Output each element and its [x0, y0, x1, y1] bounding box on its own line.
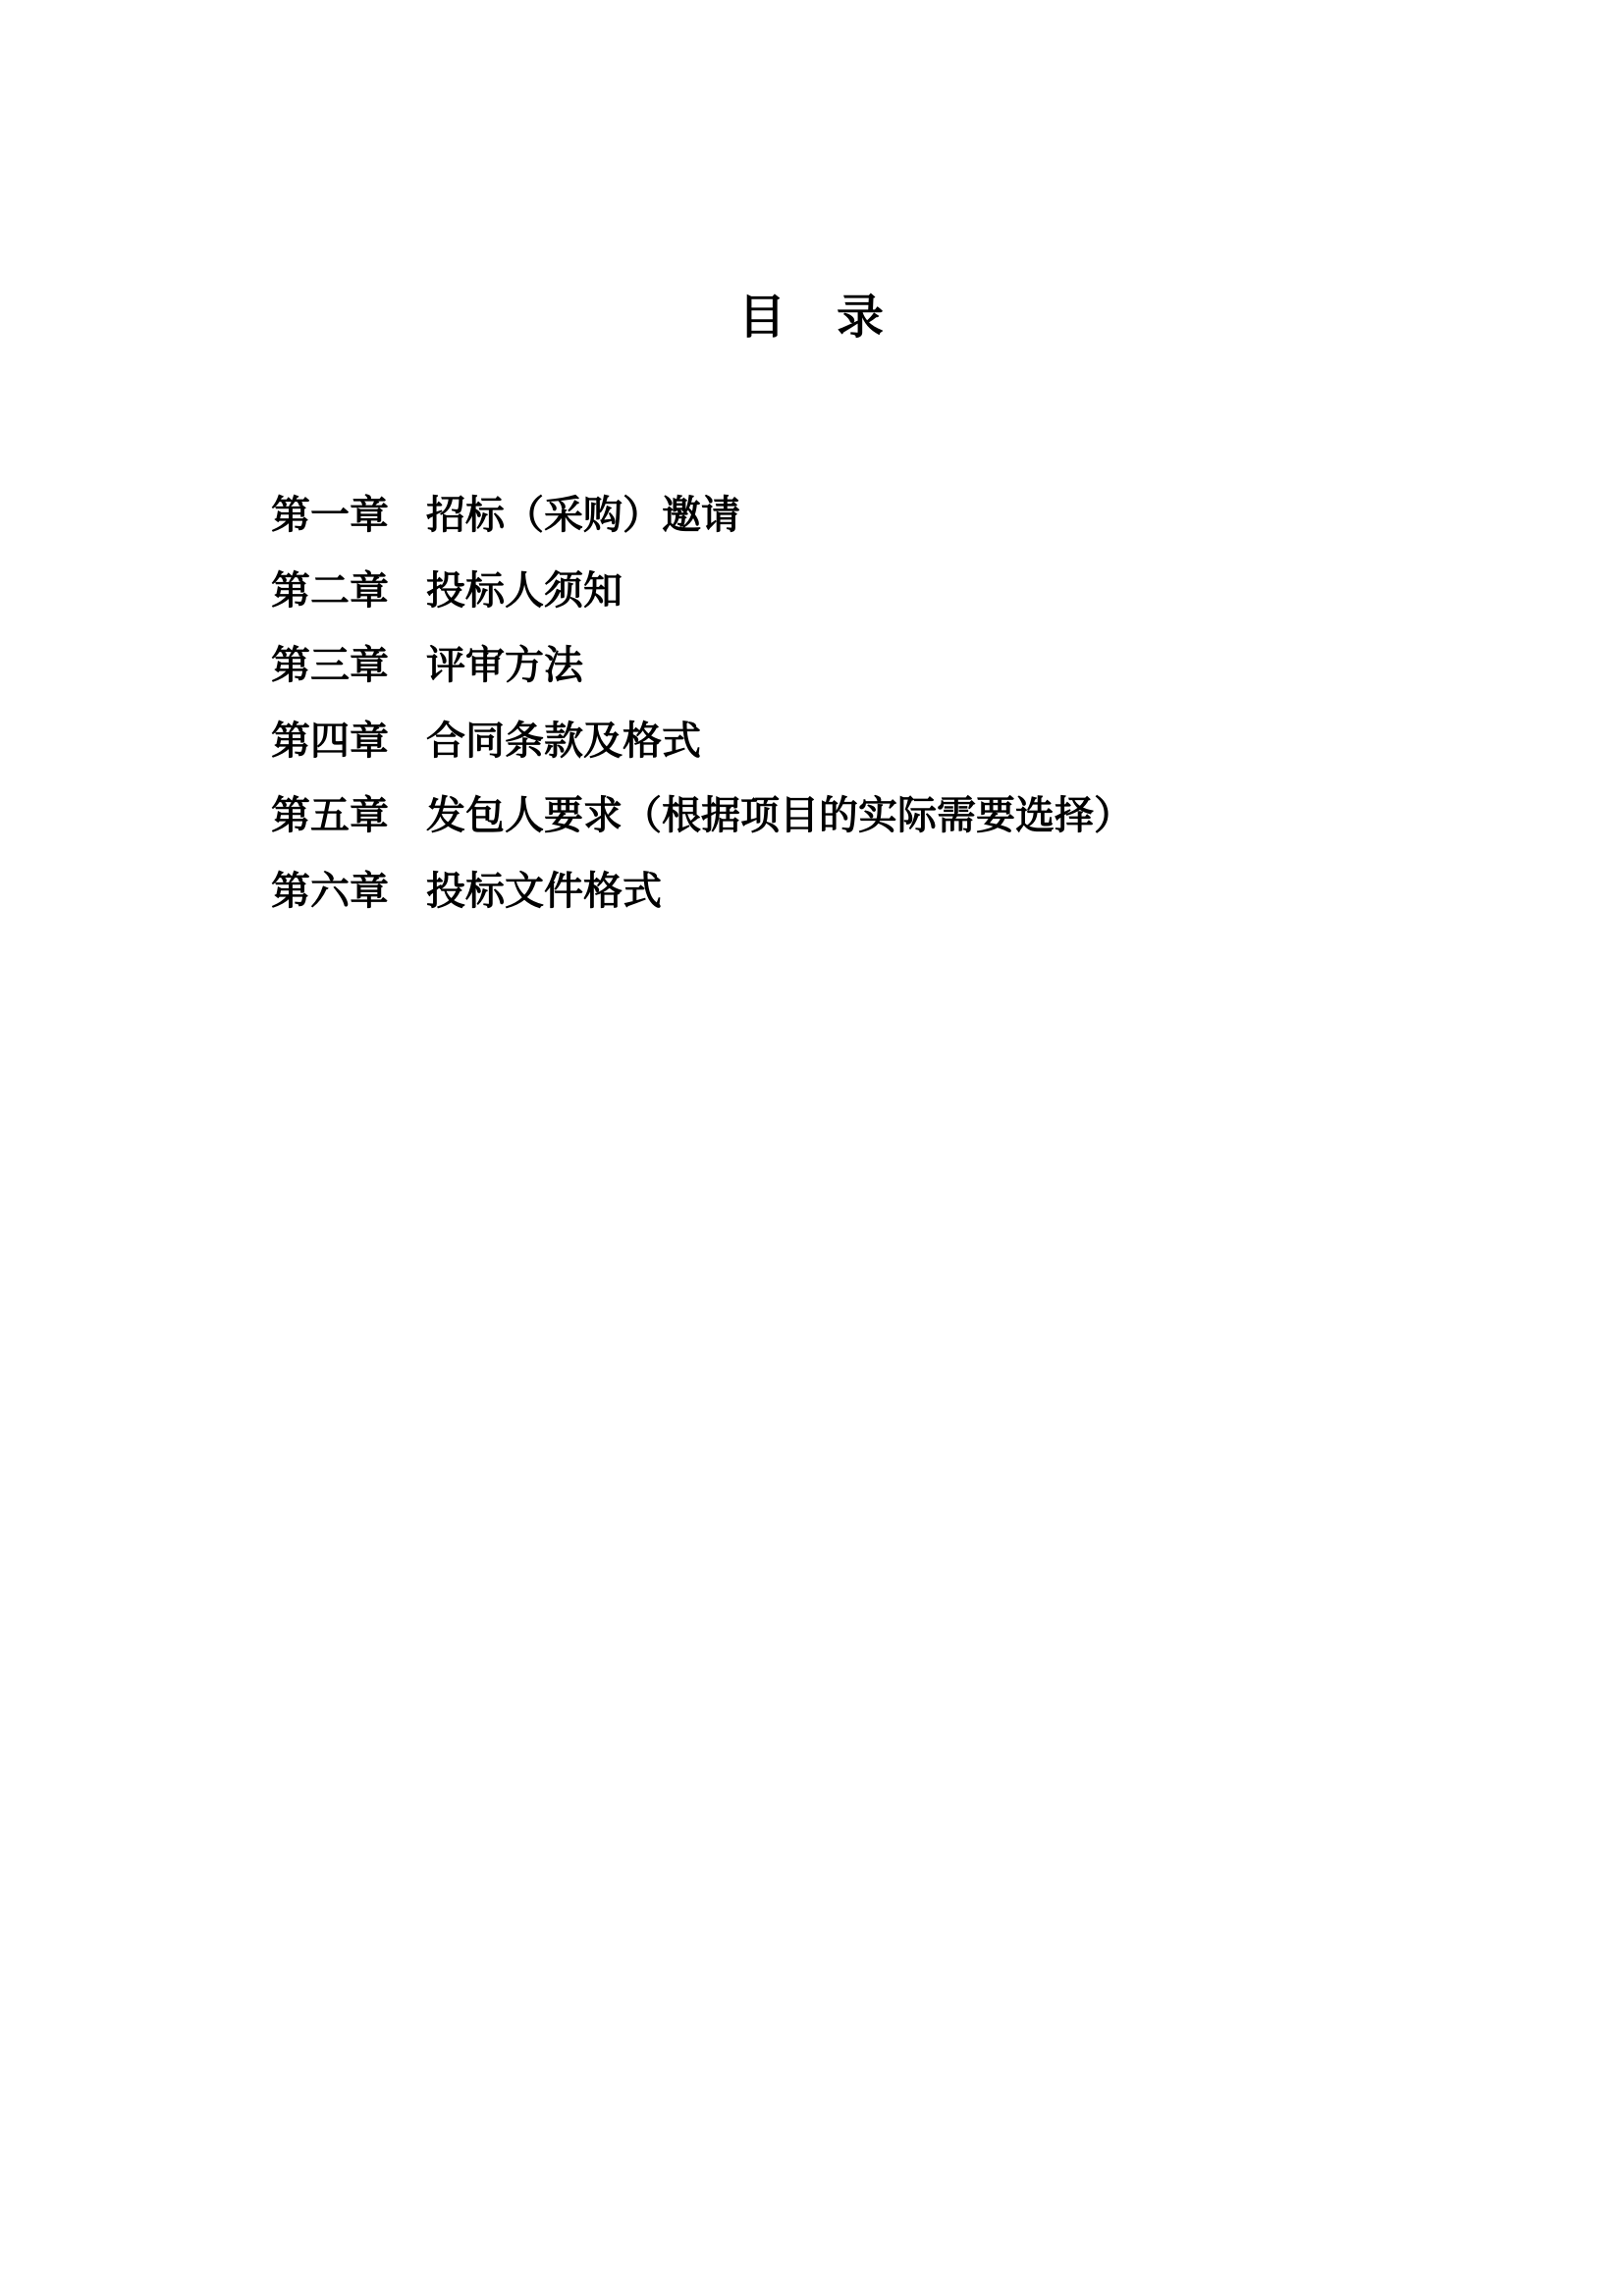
- toc-chapter-number: 第三章: [271, 628, 389, 704]
- toc-item: 第一章 招标（采购）邀请: [271, 478, 1133, 554]
- toc-chapter-number: 第一章: [271, 478, 389, 554]
- toc-chapter-number: 第五章: [271, 778, 389, 854]
- toc-item: 第五章 发包人要求（根据项目的实际需要选择）: [271, 778, 1133, 854]
- document-page: 目 录 第一章 招标（采购）邀请 第二章 投标人须知 第三章 评审方法 第四章 …: [0, 0, 1624, 2296]
- toc-item: 第二章 投标人须知: [271, 554, 1133, 629]
- toc-chapter-number: 第六章: [271, 854, 389, 930]
- page-title: 目 录: [0, 291, 1624, 346]
- toc-chapter-title: 招标（采购）邀请: [426, 478, 740, 554]
- toc-chapter-title: 投标文件格式: [426, 854, 662, 930]
- toc-chapter-title: 合同条款及格式: [426, 704, 701, 779]
- toc-item: 第六章 投标文件格式: [271, 854, 1133, 930]
- toc-chapter-number: 第二章: [271, 554, 389, 629]
- toc-chapter-title: 评审方法: [426, 628, 583, 704]
- toc-chapter-title: 投标人须知: [426, 554, 623, 629]
- toc-chapter-number: 第四章: [271, 704, 389, 779]
- toc-item: 第三章 评审方法: [271, 628, 1133, 704]
- table-of-contents: 第一章 招标（采购）邀请 第二章 投标人须知 第三章 评审方法 第四章 合同条款…: [271, 478, 1133, 929]
- toc-chapter-title: 发包人要求（根据项目的实际需要选择）: [426, 778, 1133, 854]
- toc-item: 第四章 合同条款及格式: [271, 704, 1133, 779]
